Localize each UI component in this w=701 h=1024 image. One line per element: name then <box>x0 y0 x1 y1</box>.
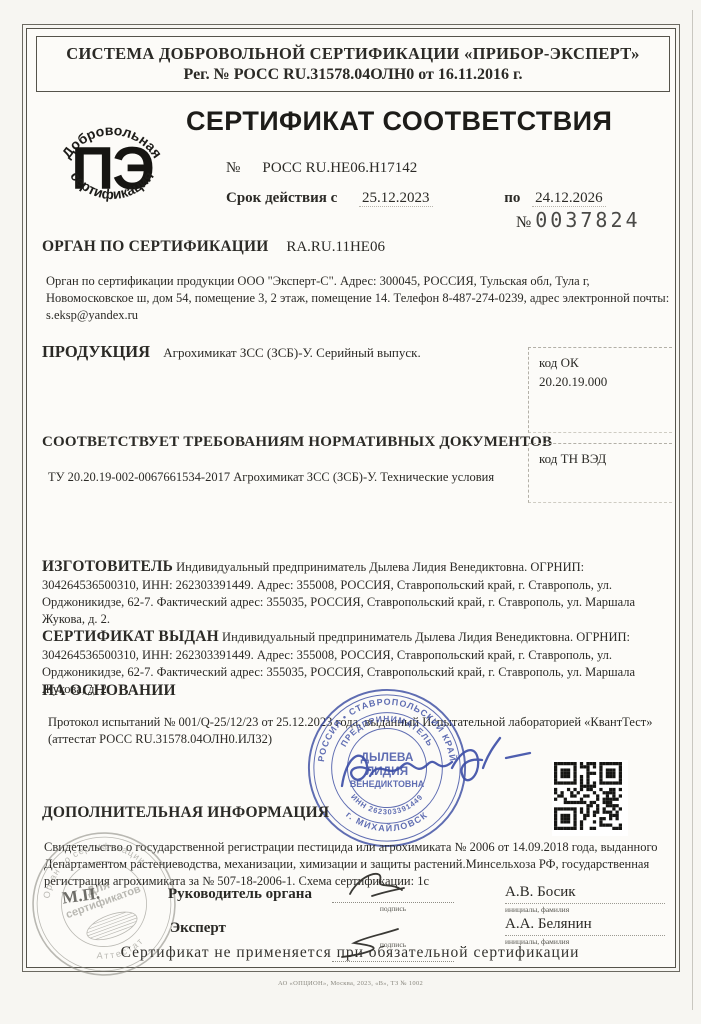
conformity-text: ТУ 20.20.19-002-0067661534-2017 Агрохими… <box>48 469 518 486</box>
manufacturer-label: ИЗГОТОВИТЕЛЬ <box>42 558 173 575</box>
ok-code-value: 20.20.19.000 <box>539 373 672 392</box>
certification-body-code: RA.RU.11HE06 <box>286 239 385 255</box>
expert-name-block: А.А. Белянин инициалы, фамилия <box>505 916 665 946</box>
product-label: ПРОДУКЦИЯ <box>42 342 150 361</box>
head-signature-line <box>332 880 454 903</box>
head-role-label: Руководитель органа <box>168 886 312 903</box>
system-name: СИСТЕМА ДОБРОВОЛЬНОЙ СЕРТИФИКАЦИИ «ПРИБО… <box>66 44 639 64</box>
head-signature-icon <box>332 864 454 902</box>
blank-number-digits: 0037824 <box>535 208 640 232</box>
certification-system-header: СИСТЕМА ДОБРОВОЛЬНОЙ СЕРТИФИКАЦИИ «ПРИБО… <box>36 36 670 92</box>
conformity-label: СООТВЕТСТВУЕТ ТРЕБОВАНИЯМ НОРМАТИВНЫХ ДО… <box>42 434 552 451</box>
head-name: А.В. Босик <box>505 884 665 904</box>
certificate-number-row: №РОСС RU.HE06.H17142 <box>226 160 417 177</box>
holder-signature <box>328 724 538 808</box>
certification-body-label: ОРГАН ПО СЕРТИФИКАЦИИ <box>42 238 269 255</box>
expert-role-label: Эксперт <box>170 920 226 937</box>
certification-body-row: ОРГАН ПО СЕРТИФИКАЦИИ RA.RU.11HE06 <box>42 238 385 256</box>
expert-name: А.А. Белянин <box>505 916 665 936</box>
product-text: Агрохимикат ЗСС (ЗСБ)-У. Серийный выпуск… <box>163 345 420 360</box>
blank-number-sign: № <box>516 214 531 231</box>
head-name-block: А.В. Босик инициалы, фамилия <box>505 884 665 914</box>
qr-code-icon <box>554 762 622 830</box>
system-registration-number: Рег. № РОСС RU.31578.04ОЛН0 от 16.11.201… <box>184 66 523 84</box>
valid-to-date: 24.12.2026 <box>532 190 606 207</box>
basis-label: НА ОСНОВАНИИ <box>42 682 176 700</box>
validity-row: Срок действия с 25.12.2023 по 24.12.2026 <box>226 190 606 207</box>
issued-to-label: СЕРТИФИКАТ ВЫДАН <box>42 628 219 645</box>
tnved-code-box: код ТН ВЭД <box>528 443 672 503</box>
page-edge-shadow <box>692 10 693 1010</box>
valid-to-label: по <box>504 190 520 206</box>
certificate-number: РОСС RU.HE06.H17142 <box>262 160 417 176</box>
additional-info-label: ДОПОЛНИТЕЛЬНАЯ ИНФОРМАЦИЯ <box>42 804 329 822</box>
ok-code-label: код ОК <box>539 354 672 373</box>
certification-body-text: Орган по сертификации продукции ООО "Экс… <box>46 273 672 325</box>
certificate-title: СЕРТИФИКАТ СООТВЕТСТВИЯ <box>186 106 612 137</box>
tnved-code-label: код ТН ВЭД <box>539 450 672 469</box>
valid-from-date: 25.12.2023 <box>359 190 433 207</box>
product-row: ПРОДУКЦИЯ Агрохимикат ЗСС (ЗСБ)-У. Серий… <box>42 342 522 362</box>
certificate-number-sign: № <box>226 160 240 176</box>
head-name-caption: инициалы, фамилия <box>505 904 665 914</box>
pe-logo: Добровольная ПЭ сертификация <box>42 97 182 237</box>
blank-number: № 0037824 <box>516 208 641 232</box>
holder-signature-icon <box>328 724 538 808</box>
validity-label: Срок действия с <box>226 190 337 206</box>
bottom-note: Сертификат не применяется при обязательн… <box>26 944 674 962</box>
pe-logo-icon: Добровольная ПЭ сертификация <box>42 97 182 237</box>
manufacturer-paragraph: ИЗГОТОВИТЕЛЬ Индивидуальный предпринимат… <box>42 556 656 629</box>
head-signature-caption: подпись <box>332 904 454 913</box>
printing-imprint: АО «ОПЦИОН», Москва, 2023, «В», ТЗ № 100… <box>0 980 701 987</box>
ok-code-box: код ОК 20.20.19.000 <box>528 347 672 433</box>
qr-code <box>552 760 628 836</box>
